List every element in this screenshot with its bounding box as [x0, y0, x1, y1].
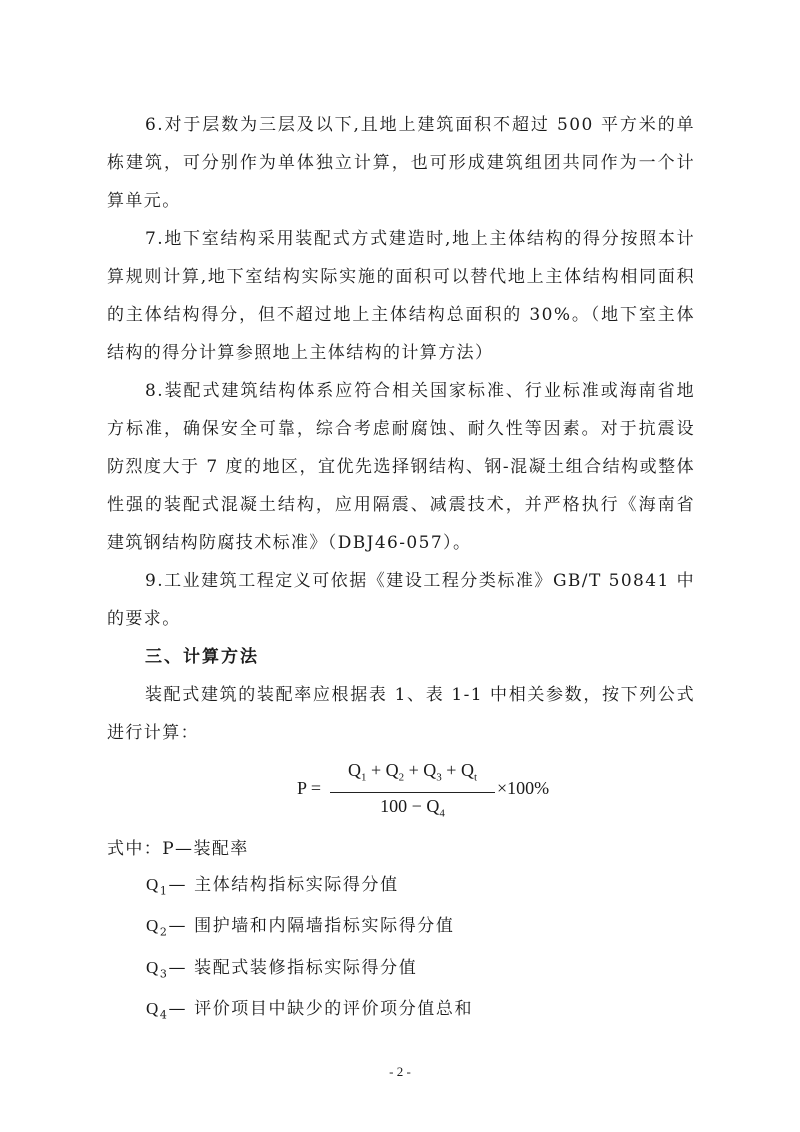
document-page: 6.对于层数为三层及以下,且地上建筑面积不超过 500 平方米的单栋建筑，可分别… [107, 106, 695, 1033]
legend-item-q1: Q1— 主体结构指标实际得分值 [107, 867, 695, 908]
paragraph-item-8: 8.装配式建筑结构体系应符合相关国家标准、行业标准或海南省地方标准，确保安全可靠… [107, 372, 695, 562]
formula-fraction: Q1 + Q2 + Q3 + Qt 100 − Q4 [330, 758, 495, 826]
legend-item-q4: Q4— 评价项目中缺少的评价项分值总和 [107, 991, 695, 1032]
page-number: - 2 - [0, 1064, 800, 1080]
section-intro: 装配式建筑的装配率应根据表 1、表 1-1 中相关参数，按下列公式进行计算： [107, 676, 695, 752]
assembly-rate-formula: P = Q1 + Q2 + Q3 + Qt 100 − Q4 ×100% [107, 752, 695, 832]
paragraph-item-6: 6.对于层数为三层及以下,且地上建筑面积不超过 500 平方米的单栋建筑，可分别… [107, 106, 695, 220]
formula-rhs: ×100% [497, 778, 549, 799]
formula-numerator: Q1 + Q2 + Q3 + Qt [330, 758, 495, 793]
formula-lhs: P = [297, 778, 321, 799]
legend-item-q3: Q3— 装配式装修指标实际得分值 [107, 950, 695, 991]
formula-denominator: 100 − Q4 [330, 793, 495, 827]
legend-where: 式中：P—装配率 [107, 832, 695, 867]
section-heading: 三、计算方法 [107, 638, 695, 676]
legend-item-q2: Q2— 围护墙和内隔墙指标实际得分值 [107, 908, 695, 949]
paragraph-item-9: 9.工业建筑工程定义可依据《建设工程分类标准》GB/T 50841 中的要求。 [107, 562, 695, 638]
paragraph-item-7: 7.地下室结构采用装配式方式建造时,地上主体结构的得分按照本计算规则计算,地下室… [107, 220, 695, 372]
